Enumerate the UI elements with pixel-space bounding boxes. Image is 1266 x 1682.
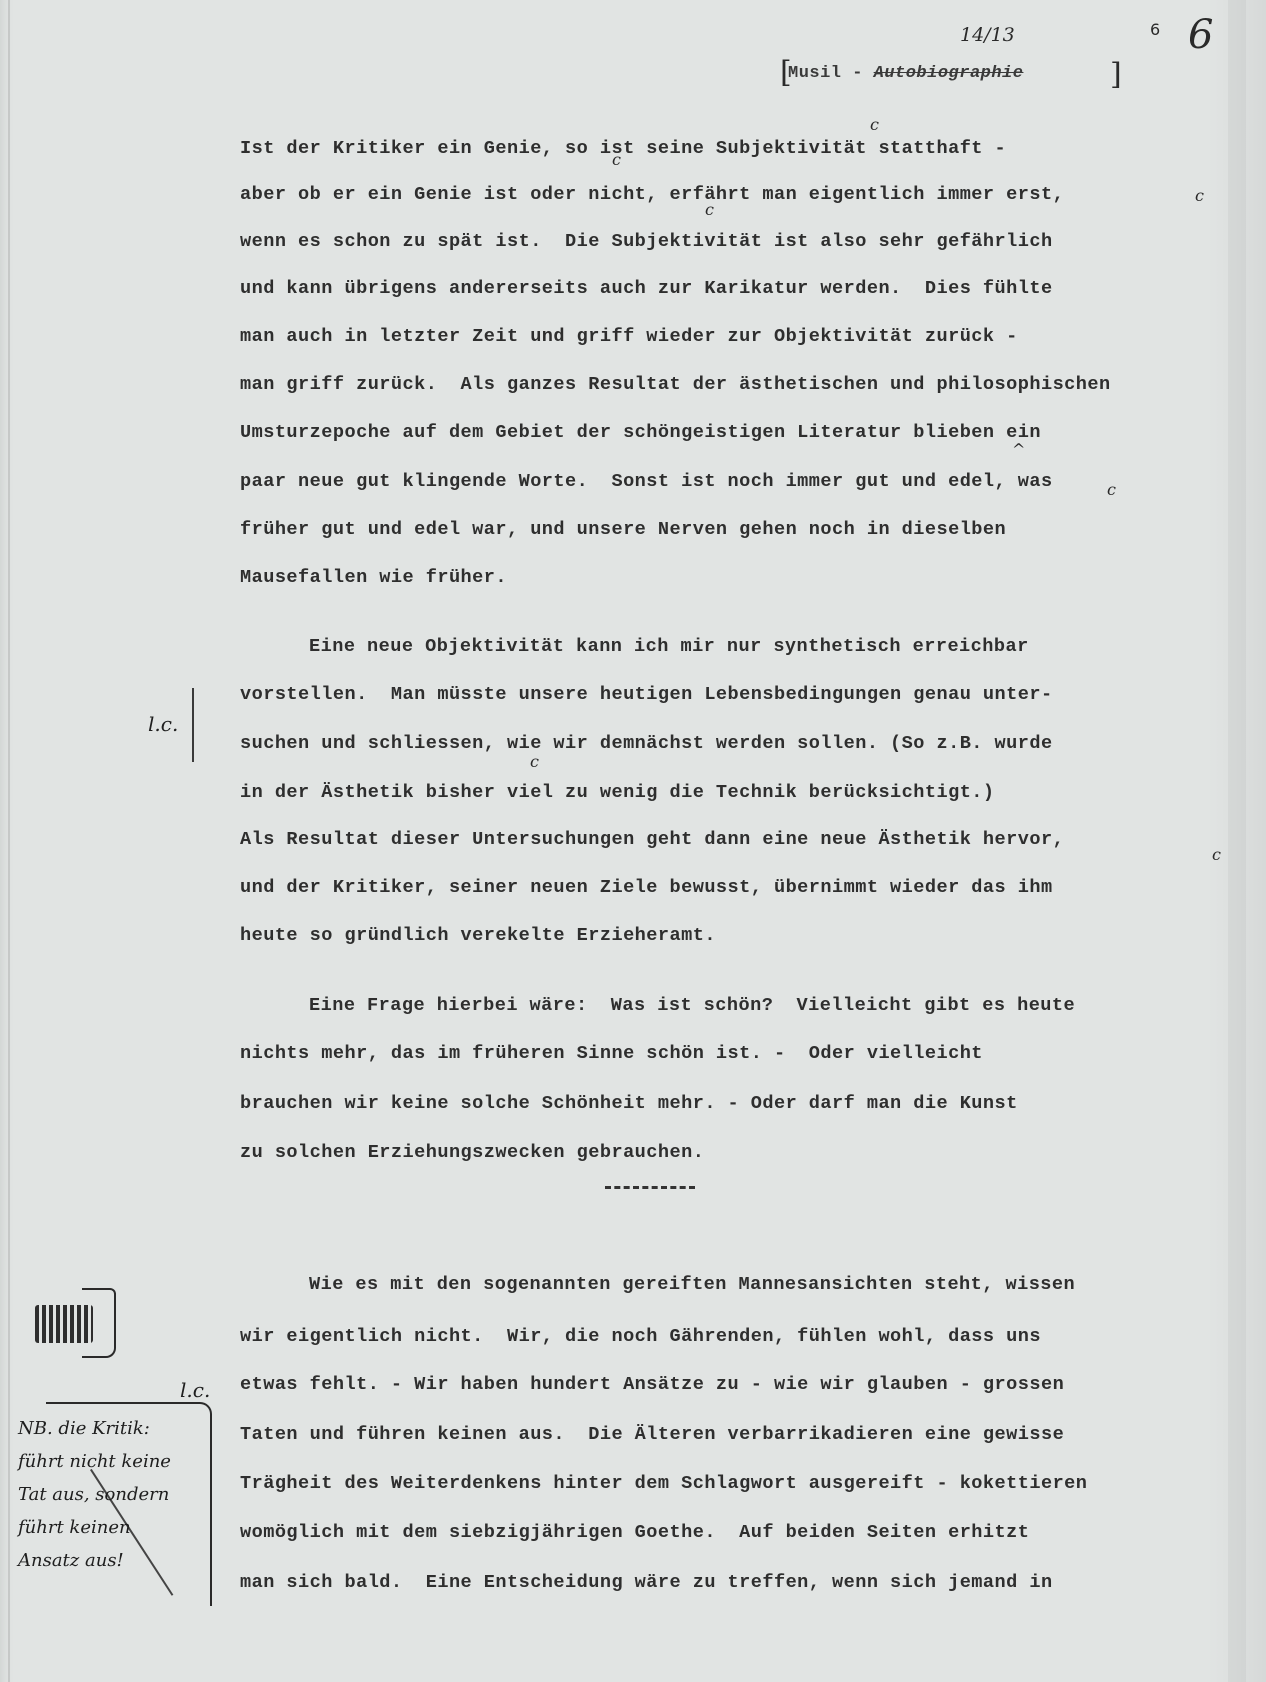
text-line: heute so gründlich verekelte Erzieheramt… <box>240 925 716 946</box>
text-line: womöglich mit dem siebzigjährigen Goethe… <box>240 1522 1029 1543</box>
handwritten-margin-note: NB. die Kritik: führt nicht keine Tat au… <box>18 1412 218 1577</box>
scribble-bracket <box>82 1288 116 1358</box>
header-bracket-close: ] <box>1110 57 1122 92</box>
text-line: man sich bald. Eine Entscheidung wäre zu… <box>240 1572 1053 1593</box>
text-line: zu solchen Erziehungszwecken gebrauchen. <box>240 1142 704 1163</box>
typed-page-number: 6 <box>1150 20 1160 39</box>
margin-bar <box>192 688 194 762</box>
text-line: suchen und schliessen, wie wir demnächst… <box>240 733 1053 754</box>
page-edge-band <box>1228 0 1246 1682</box>
text-line: aber ob er ein Genie ist oder nicht, erf… <box>240 184 1064 205</box>
correction-mark: c <box>870 115 879 134</box>
text-line: Ist der Kritiker ein Genie, so ist seine… <box>240 138 1006 159</box>
margin-note-lc: l.c. <box>148 712 178 736</box>
text-line: paar neue gut klingende Worte. Sonst ist… <box>240 471 1053 492</box>
text-line: Mausefallen wie früher. <box>240 567 507 588</box>
note-line: führt nicht keine <box>18 1445 218 1478</box>
section-separator <box>605 1186 695 1189</box>
struck-out-word: Autobiographie <box>874 64 1024 83</box>
text-line: nichts mehr, das im früheren Sinne schön… <box>240 1043 983 1064</box>
correction-mark: c <box>1195 186 1204 205</box>
text-line: und der Kritiker, seiner neuen Ziele bew… <box>240 877 1053 898</box>
text-line: etwas fehlt. - Wir haben hundert Ansätze… <box>240 1374 1064 1395</box>
text-line: Taten und führen keinen aus. Die Älteren… <box>240 1424 1064 1445</box>
note-line: führt keinen <box>18 1511 218 1544</box>
text-line: brauchen wir keine solche Schönheit mehr… <box>240 1093 1018 1114</box>
paragraph-start-line: Eine Frage hierbei wäre: Was ist schön? … <box>309 995 1075 1016</box>
text-line: vorstellen. Man müsste unsere heutigen L… <box>240 684 1053 705</box>
text-line: früher gut und edel war, und unsere Nerv… <box>240 519 1006 540</box>
note-line: NB. die Kritik: <box>18 1412 218 1445</box>
correction-mark: c <box>1212 845 1221 864</box>
text-line: und kann übrigens andererseits auch zur … <box>240 278 1053 299</box>
handwritten-page-number: 6 <box>1188 12 1213 58</box>
text-line: Als Resultat dieser Untersuchungen geht … <box>240 829 1064 850</box>
page-edge-shadow <box>8 0 10 1682</box>
text-line: in der Ästhetik bisher viel zu wenig die… <box>240 782 995 803</box>
caret-mark: ^ <box>1012 440 1025 459</box>
manuscript-page: 14/13 6 6 [ Musil - Autobiographie ] Ist… <box>0 0 1266 1682</box>
text-line: Umsturzepoche auf dem Gebiet der schönge… <box>240 422 1041 443</box>
paragraph-start-line: Wie es mit den sogenannten gereiften Man… <box>309 1274 1075 1295</box>
paragraph-start-line: Eine neue Objektivität kann ich mir nur … <box>309 636 1029 657</box>
text-line: man griff zurück. Als ganzes Resultat de… <box>240 374 1111 395</box>
running-title: Musil - <box>788 64 863 83</box>
text-line: wir eigentlich nicht. Wir, die noch Gähr… <box>240 1326 1041 1347</box>
note-line: Tat aus, sondern <box>18 1478 218 1511</box>
handwritten-archive-reference: 14/13 <box>960 24 1015 46</box>
text-line: man auch in letzter Zeit und griff wiede… <box>240 326 1018 347</box>
correction-mark: c <box>530 752 539 771</box>
text-line: Trägheit des Weiterdenkens hinter dem Sc… <box>240 1473 1087 1494</box>
correction-mark: c <box>1107 480 1116 499</box>
correction-mark: c <box>612 150 621 169</box>
text-line: wenn es schon zu spät ist. Die Subjektiv… <box>240 231 1053 252</box>
correction-mark: c <box>705 200 714 219</box>
running-header: Musil - Autobiographie <box>788 64 1023 83</box>
margin-note-lc: l.c. <box>180 1378 210 1402</box>
note-line: Ansatz aus! <box>18 1544 218 1577</box>
